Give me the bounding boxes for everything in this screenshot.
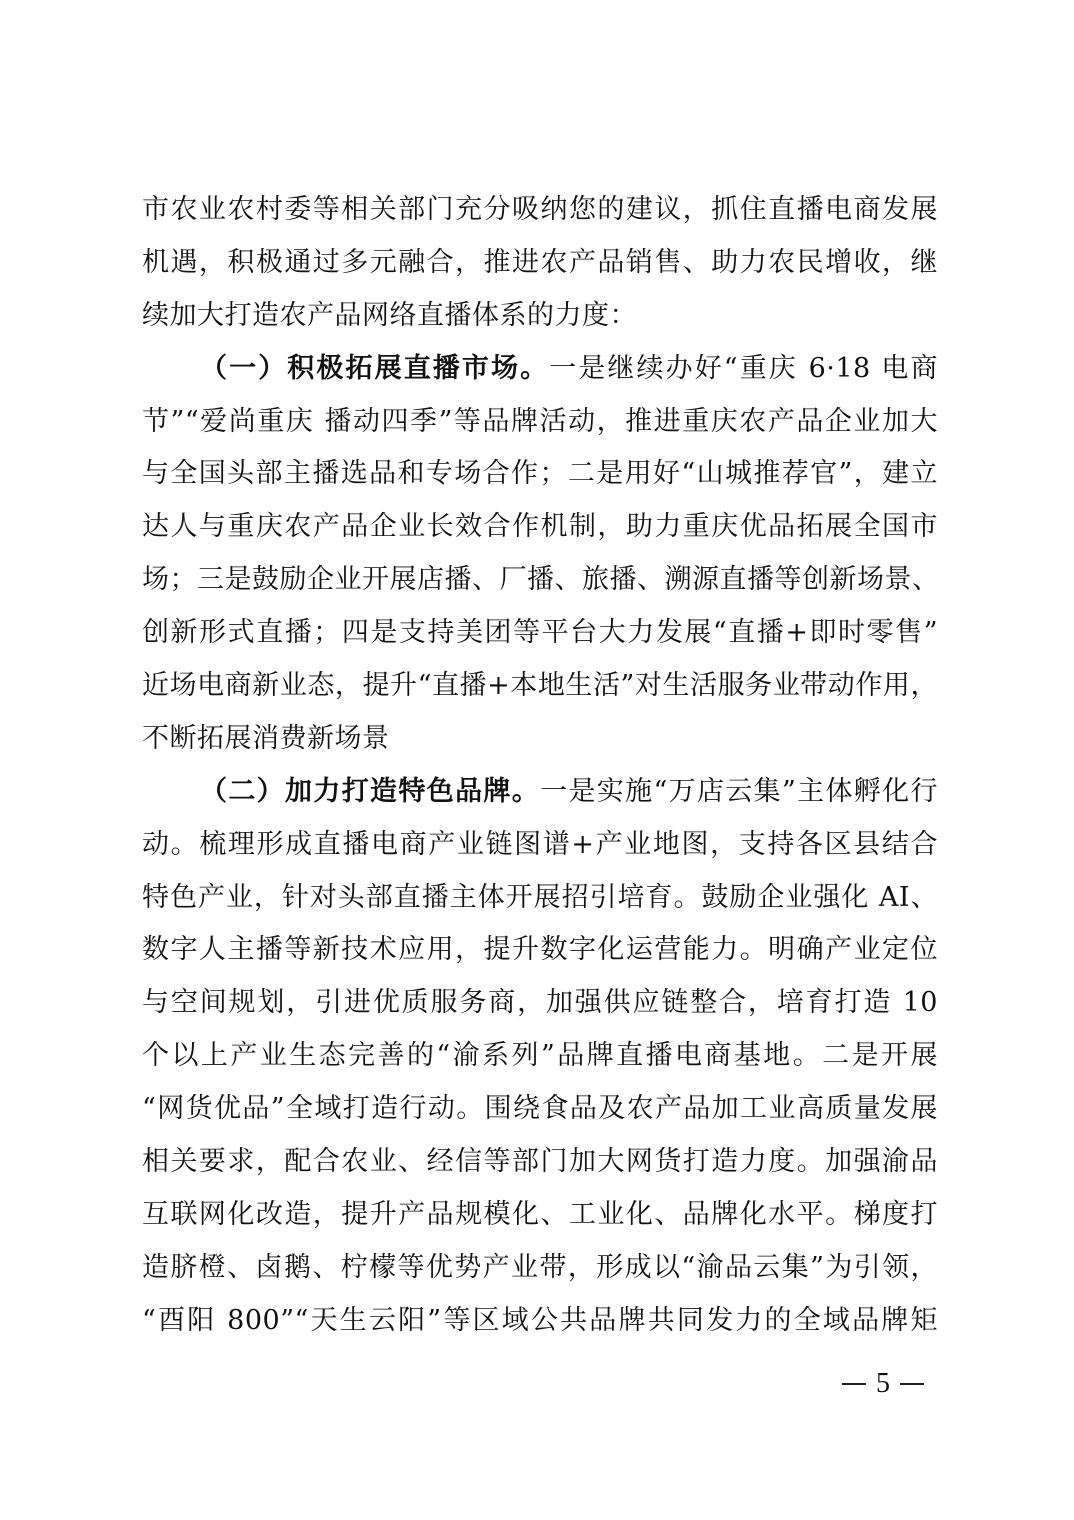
section1-line: 达人与重庆农产品企业长效合作机制，助力重庆优品拓展全国市	[142, 501, 938, 554]
section1-text: 一是继续办好“重庆 6·18 电商	[549, 353, 938, 384]
section1-heading: （一）积极拓展直播市场。	[200, 353, 549, 384]
section2-line: 特色产业，针对头部直播主体开展招引培育。鼓励企业强化 AI、	[142, 872, 938, 925]
section2-line: 造脐橙、卤鹅、柠檬等优势产业带，形成以“渝品云集”为引领，	[142, 1242, 938, 1295]
section1-line: 近场电商新业态，提升“直播+本地生活”对生活服务业带动作用，	[142, 660, 938, 713]
section2-text: 一是实施“万店云集”主体孵化行	[540, 776, 938, 807]
section2-first-line: （二）加力打造特色品牌。一是实施“万店云集”主体孵化行	[142, 766, 938, 819]
section2-line: 数字人主播等新技术应用，提升数字化运营能力。明确产业定位	[142, 924, 938, 977]
section1-line: 与全国头部主播选品和专场合作；二是用好“山城推荐官”，建立	[142, 448, 938, 501]
page-number: 5	[876, 1368, 890, 1400]
intro-line: 市农业农村委等相关部门充分吸纳您的建议，抓住直播电商发展	[142, 184, 938, 237]
section1-line: 节”“爱尚重庆 播动四季”等品牌活动，推进重庆农产品企业加大	[142, 396, 938, 449]
section1-first-line: （一）积极拓展直播市场。一是继续办好“重庆 6·18 电商	[142, 343, 938, 396]
section2-line: 个以上产业生态完善的“渝系列”品牌直播电商基地。二是开展	[142, 1030, 938, 1083]
page-footer: 5	[842, 1368, 924, 1400]
section2-line: 与空间规划，引进优质服务商，加强供应链整合，培育打造 10	[142, 977, 938, 1030]
intro-line: 续加大打造农产品网络直播体系的力度：	[142, 290, 938, 343]
section2-heading: （二）加力打造特色品牌。	[200, 776, 540, 807]
section2-line: 动。梳理形成直播电商产业链图谱+产业地图，支持各区县结合	[142, 819, 938, 872]
section1-line: 场；三是鼓励企业开展店播、厂播、旅播、溯源直播等创新场景、	[142, 554, 938, 607]
section2-line: 互联网化改造，提升产品规模化、工业化、品牌化水平。梯度打	[142, 1189, 938, 1242]
document-page: 市农业农村委等相关部门充分吸纳您的建议，抓住直播电商发展 机遇，积极通过多元融合…	[142, 184, 938, 1348]
footer-dash-left	[842, 1383, 866, 1385]
section2-line: 相关要求，配合农业、经信等部门加大网货打造力度。加强渝品	[142, 1136, 938, 1189]
section1-line: 不断拓展消费新场景	[142, 713, 938, 766]
intro-line: 机遇，积极通过多元融合，推进农产品销售、助力农民增收，继	[142, 237, 938, 290]
section2-line: “酉阳 800”“天生云阳”等区域公共品牌共同发力的全域品牌矩	[142, 1295, 938, 1348]
footer-dash-right	[900, 1383, 924, 1385]
section1-line: 创新形式直播；四是支持美团等平台大力发展“直播+即时零售”	[142, 607, 938, 660]
section2-line: “网货优品”全域打造行动。围绕食品及农产品加工业高质量发展	[142, 1083, 938, 1136]
